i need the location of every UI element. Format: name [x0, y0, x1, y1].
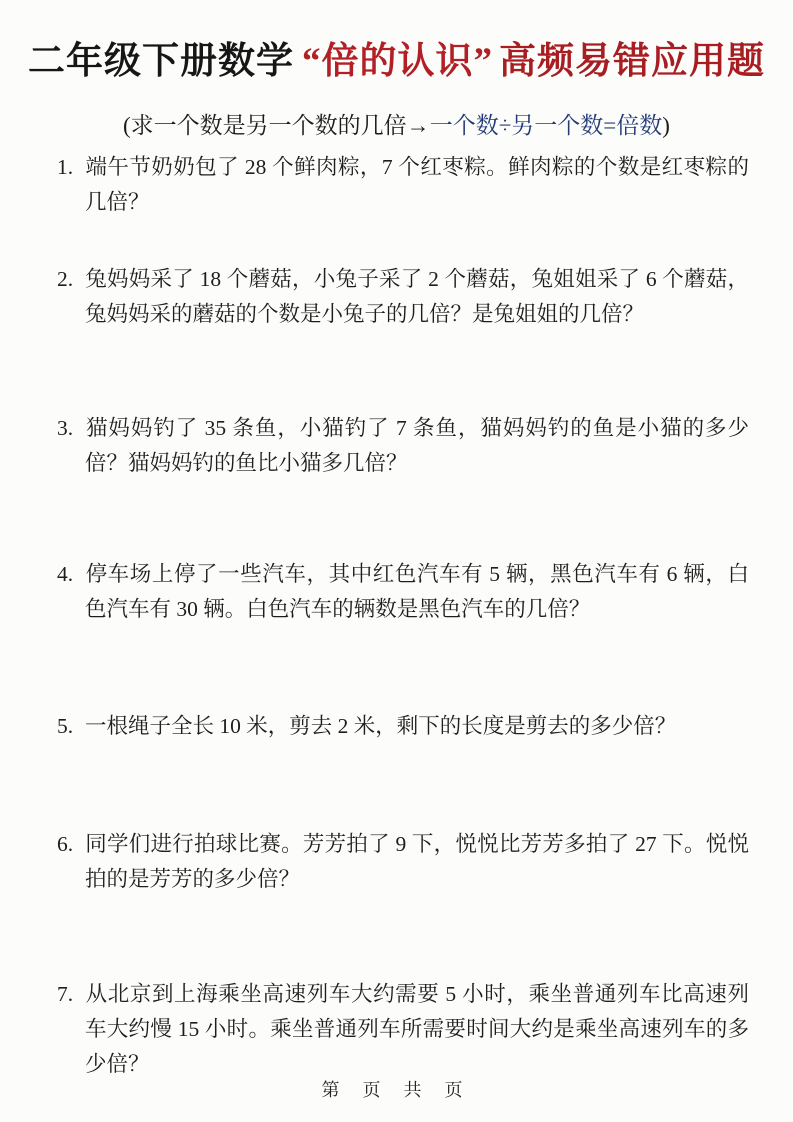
question-5: 5.一根绳子全长 10 米，剪去 2 米，剩下的长度是剪去的多少倍？ [57, 709, 749, 744]
page-footer: 第 页 共 页 [0, 1076, 793, 1102]
question-3: 3.猫妈妈钓了 35 条鱼，小猫钓了 7 条鱼，猫妈妈钓的鱼是小猫的多少倍？猫妈… [57, 411, 749, 481]
formula-highlight: 一个数÷另一个数=倍数 [430, 113, 663, 138]
question-4-number: 4. [57, 557, 85, 592]
question-4-text: 停车场上停了一些汽车，其中红色汽车有 5 辆，黑色汽车有 6 辆，白色汽车有 3… [85, 562, 749, 621]
formula-hint: (求一个数是另一个数的几倍→一个数÷另一个数=倍数) [0, 107, 793, 140]
question-5-number: 5. [57, 709, 85, 744]
question-5-text: 一根绳子全长 10 米，剪去 2 米，剩下的长度是剪去的多少倍？ [85, 714, 676, 738]
question-7-text: 从北京到上海乘坐高速列车大约需要 5 小时，乘坐普通列车比高速列车大约慢 15 … [85, 982, 749, 1076]
question-6: 6.同学们进行拍球比赛。芳芳拍了 9 下，悦悦比芳芳多拍了 27 下。悦悦拍的是… [57, 827, 749, 897]
page-title: 二年级下册数学“倍的认识”高频易错应用题 [0, 30, 793, 84]
question-6-number: 6. [57, 827, 85, 862]
question-7-number: 7. [57, 977, 85, 1012]
question-3-number: 3. [57, 411, 85, 446]
question-2-text: 兔妈妈采了 18 个蘑菇，小兔子采了 2 个蘑菇，兔姐姐采了 6 个蘑菇，兔妈妈… [85, 267, 749, 326]
worksheet-page: 二年级下册数学“倍的认识”高频易错应用题 (求一个数是另一个数的几倍→一个数÷另… [0, 0, 793, 1122]
title-topic-quoted: “倍的认识” [302, 41, 493, 82]
question-2: 2.兔妈妈采了 18 个蘑菇，小兔子采了 2 个蘑菇，兔姐姐采了 6 个蘑菇，兔… [57, 262, 749, 332]
question-6-text: 同学们进行拍球比赛。芳芳拍了 9 下，悦悦比芳芳多拍了 27 下。悦悦拍的是芳芳… [85, 832, 749, 891]
question-1-number: 1. [57, 150, 85, 185]
formula-prefix: (求一个数是另一个数的几倍→ [123, 113, 430, 138]
question-1-text: 端午节奶奶包了 28 个鲜肉粽，7 个红枣粽。鲜肉粽的个数是红枣粽的几倍？ [85, 155, 749, 214]
question-4: 4.停车场上停了一些汽车，其中红色汽车有 5 辆，黑色汽车有 6 辆，白色汽车有… [57, 557, 749, 627]
formula-suffix: ) [662, 113, 670, 138]
title-suffix: 高频易错应用题 [499, 41, 765, 82]
question-3-text: 猫妈妈钓了 35 条鱼，小猫钓了 7 条鱼，猫妈妈钓的鱼是小猫的多少倍？猫妈妈钓… [85, 416, 749, 475]
title-grade-subject: 二年级下册数学 [28, 41, 294, 82]
question-2-number: 2. [57, 262, 85, 297]
question-7: 7.从北京到上海乘坐高速列车大约需要 5 小时，乘坐普通列车比高速列车大约慢 1… [57, 977, 749, 1082]
question-1: 1.端午节奶奶包了 28 个鲜肉粽，7 个红枣粽。鲜肉粽的个数是红枣粽的几倍？ [57, 150, 749, 220]
